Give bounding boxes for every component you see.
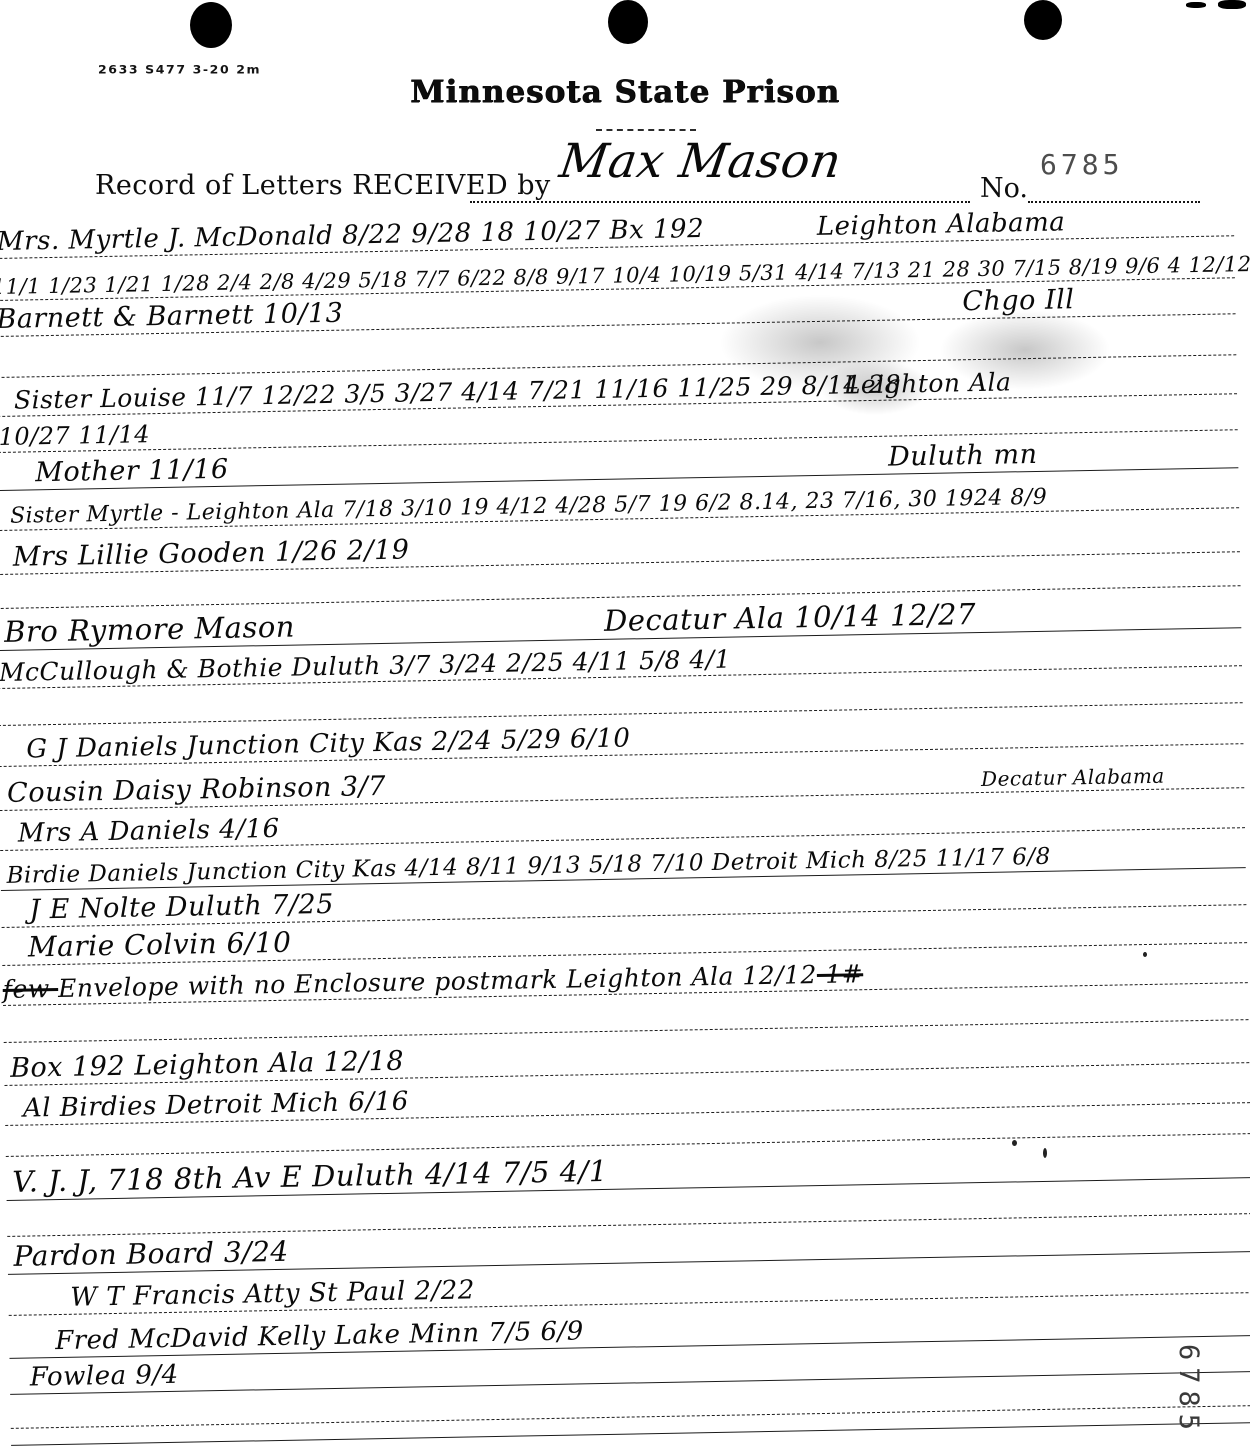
scanned-prison-letter-ledger: 2633 S477 3-20 2m Minnesota State Prison…	[0, 0, 1250, 1447]
side-inmate-number: 6785	[1173, 1344, 1204, 1437]
letter-entries-list: Mrs. Myrtle J. McDonald 8/22 9/28 18 10/…	[0, 0, 1250, 1447]
